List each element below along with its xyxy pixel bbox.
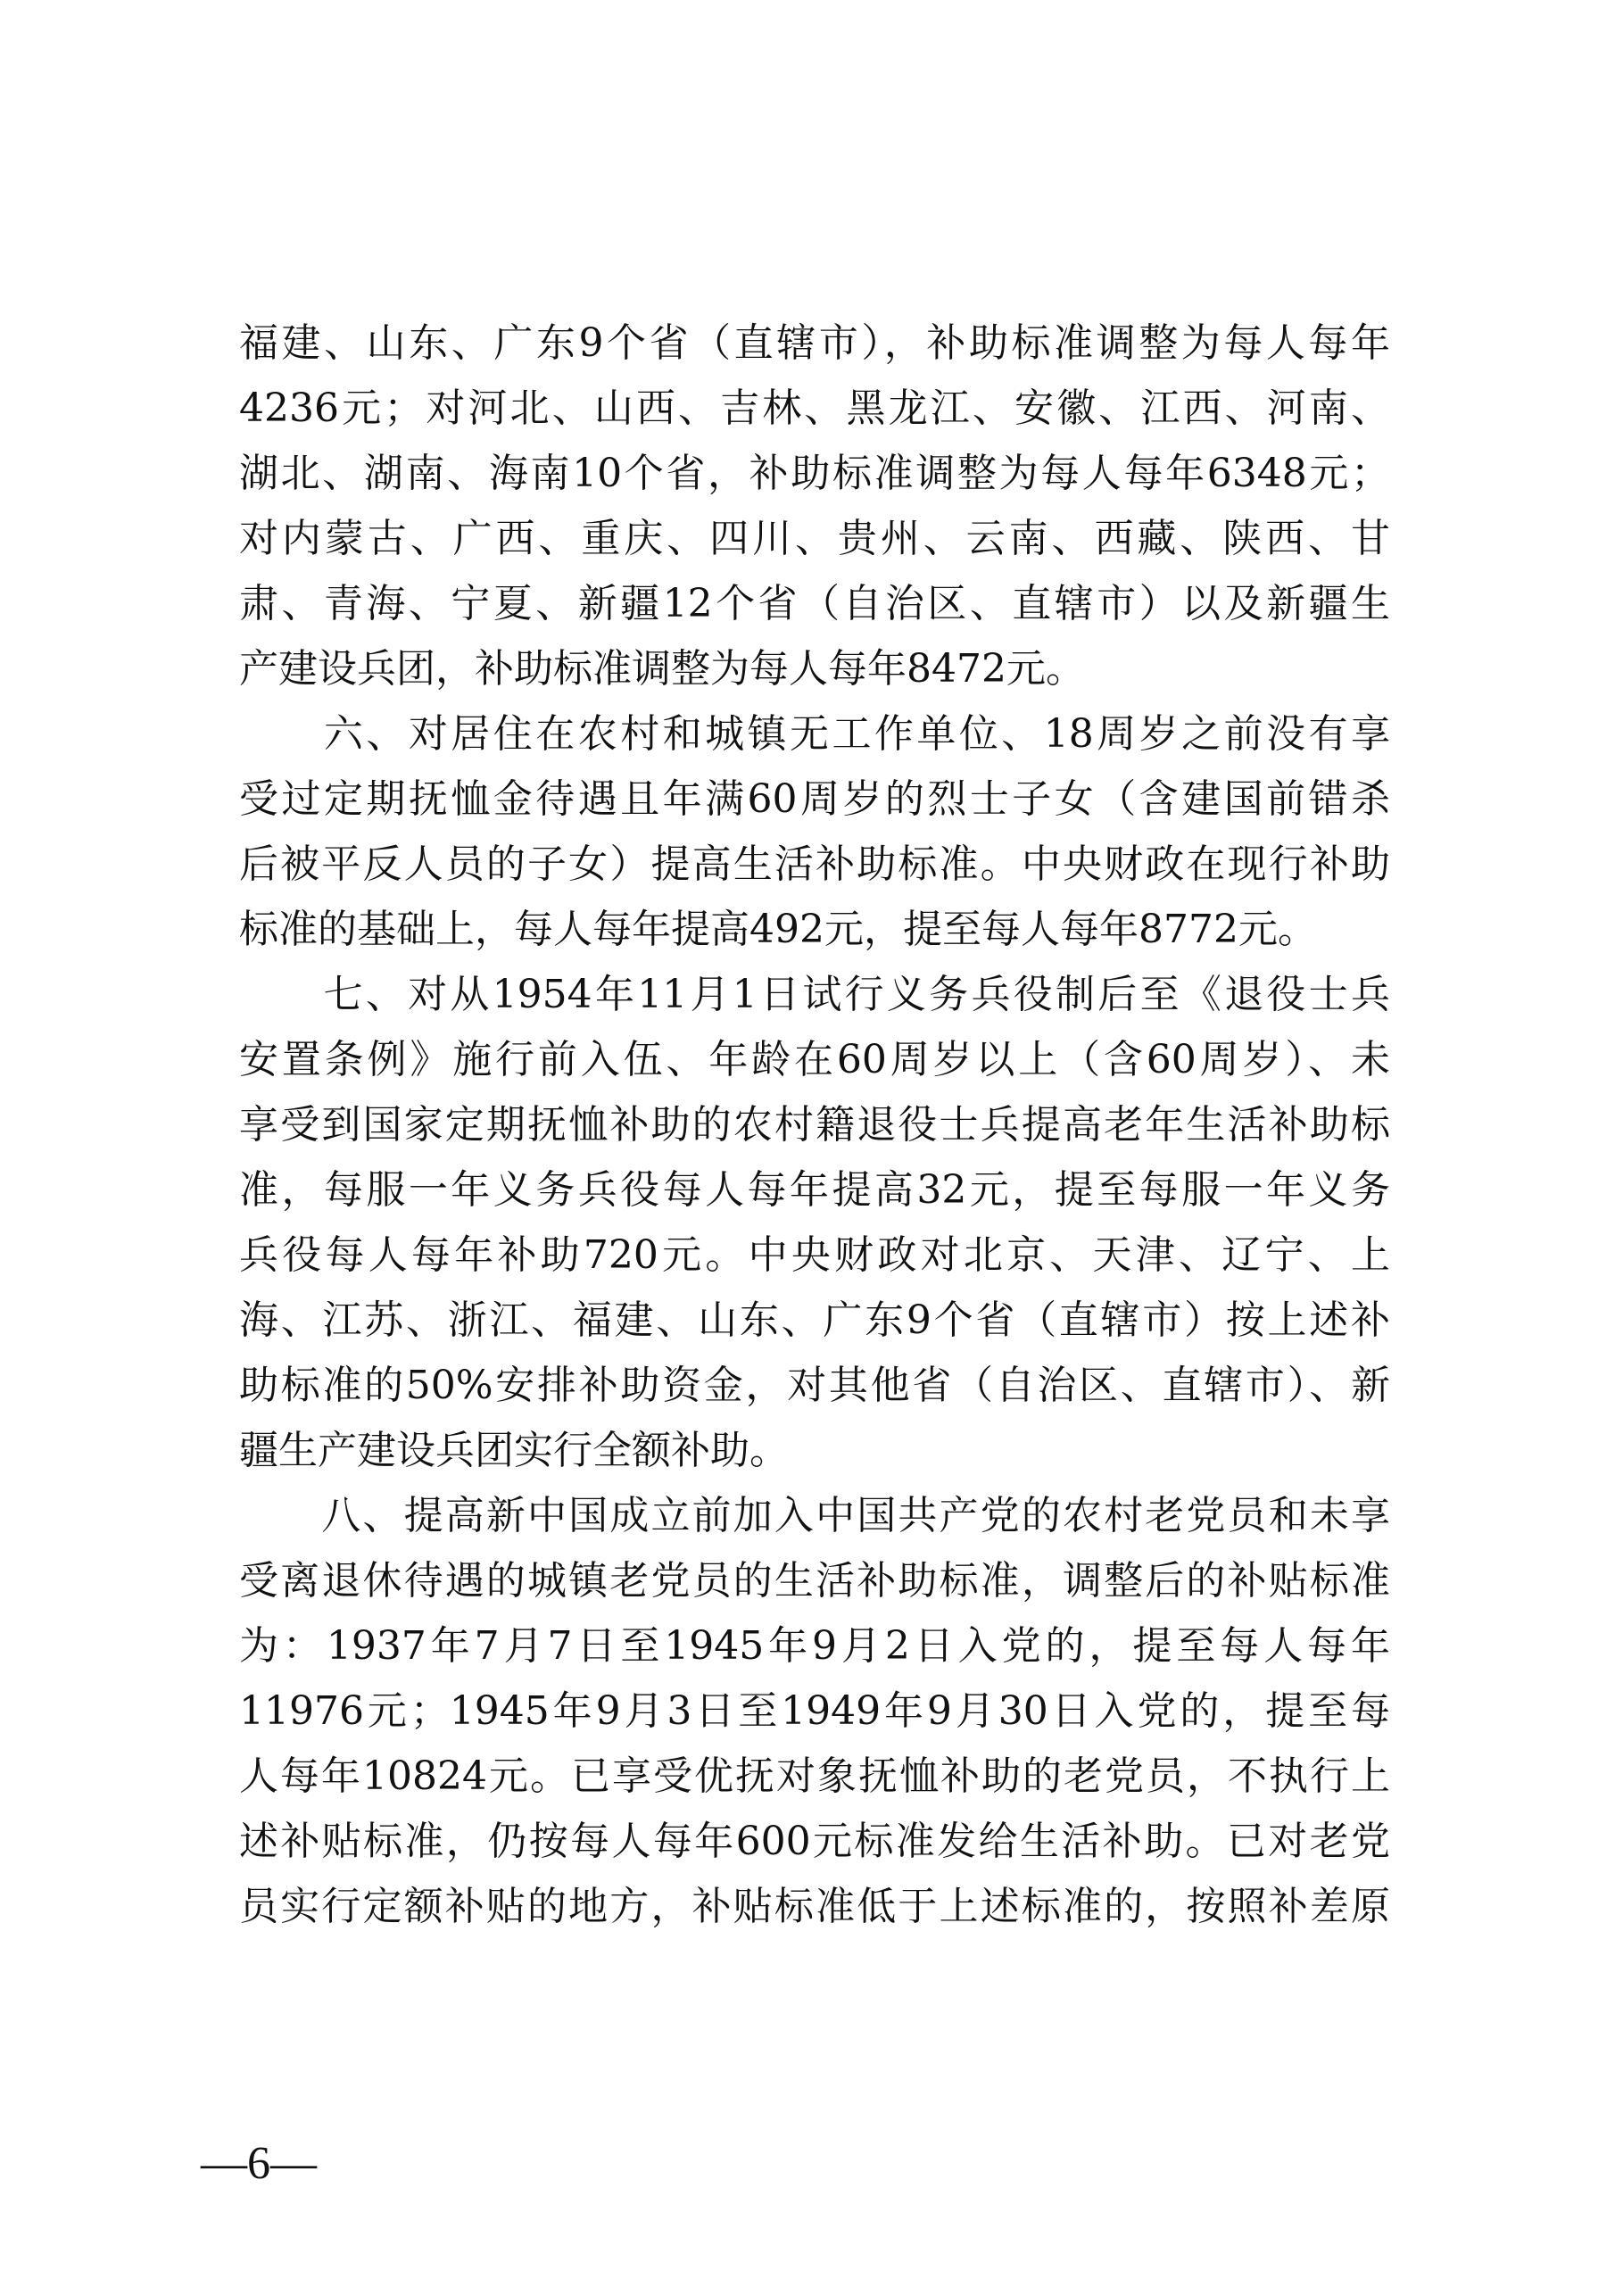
text-line: 准，每服一年义务兵役每人每年提高32元，提至每服一年义务 xyxy=(239,1157,1390,1223)
section-eight-first-line: 八、提高新中国成立前加入中国共产党的农村老党员和未享 xyxy=(239,1483,1390,1548)
text-line: 受离退休待遇的城镇老党员的生活补助标准，调整后的补贴标准 xyxy=(239,1548,1390,1613)
document-page: 福建、山东、广东9个省（直辖市），补助标准调整为每人每年 4236元；对河北、山… xyxy=(0,0,1623,2296)
section-seven-first-line: 七、对从1954年11月1日试行义务兵役制后至《退役士兵 xyxy=(239,962,1390,1027)
text-line: 述补贴标准，仍按每人每年600元标准发给生活补助。已对老党 xyxy=(239,1809,1390,1874)
text-line: 标准的基础上，每人每年提高492元，提至每人每年8772元。 xyxy=(239,897,1390,962)
body-text: 福建、山东、广东9个省（直辖市），补助标准调整为每人每年 4236元；对河北、山… xyxy=(239,311,1390,1939)
text-line: 疆生产建设兵团实行全额补助。 xyxy=(239,1418,1390,1483)
text-line: 安置条例》施行前入伍、年龄在60周岁以上（含60周岁）、未 xyxy=(239,1027,1390,1092)
text-line: 员实行定额补贴的地方，补贴标准低于上述标准的，按照补差原 xyxy=(239,1874,1390,1939)
section-six-first-line: 六、对居住在农村和城镇无工作单位、18周岁之前没有享 xyxy=(239,701,1390,767)
text-line: 4236元；对河北、山西、吉林、黑龙江、安徽、江西、河南、 xyxy=(239,376,1390,441)
text-line: 海、江苏、浙江、福建、山东、广东9个省（直辖市）按上述补 xyxy=(239,1288,1390,1353)
text-line: 后被平反人员的子女）提高生活补助标准。中央财政在现行补助 xyxy=(239,832,1390,897)
text-line: 兵役每人每年补助720元。中央财政对北京、天津、辽宁、上 xyxy=(239,1223,1390,1288)
text-line: 湖北、湖南、海南10个省，补助标准调整为每人每年6348元； xyxy=(239,441,1390,506)
text-line: 11976元；1945年9月3日至1949年9月30日入党的，提至每 xyxy=(239,1678,1390,1744)
text-line: 助标准的50%安排补助资金，对其他省（自治区、直辖市）、新 xyxy=(239,1353,1390,1418)
text-line: 肃、青海、宁夏、新疆12个省（自治区、直辖市）以及新疆生 xyxy=(239,571,1390,636)
text-line: 人每年10824元。已享受优抚对象抚恤补助的老党员，不执行上 xyxy=(239,1744,1390,1809)
text-line: 为：1937年7月7日至1945年9月2日入党的，提至每人每年 xyxy=(239,1613,1390,1678)
text-line: 对内蒙古、广西、重庆、四川、贵州、云南、西藏、陕西、甘 xyxy=(239,506,1390,571)
text-line: 福建、山东、广东9个省（直辖市），补助标准调整为每人每年 xyxy=(239,311,1390,376)
text-line: 享受到国家定期抚恤补助的农村籍退役士兵提高老年生活补助标 xyxy=(239,1092,1390,1157)
text-line: 产建设兵团，补助标准调整为每人每年8472元。 xyxy=(239,636,1390,701)
text-line: 受过定期抚恤金待遇且年满60周岁的烈士子女（含建国前错杀 xyxy=(239,767,1390,832)
page-number: —6— xyxy=(201,2137,317,2191)
